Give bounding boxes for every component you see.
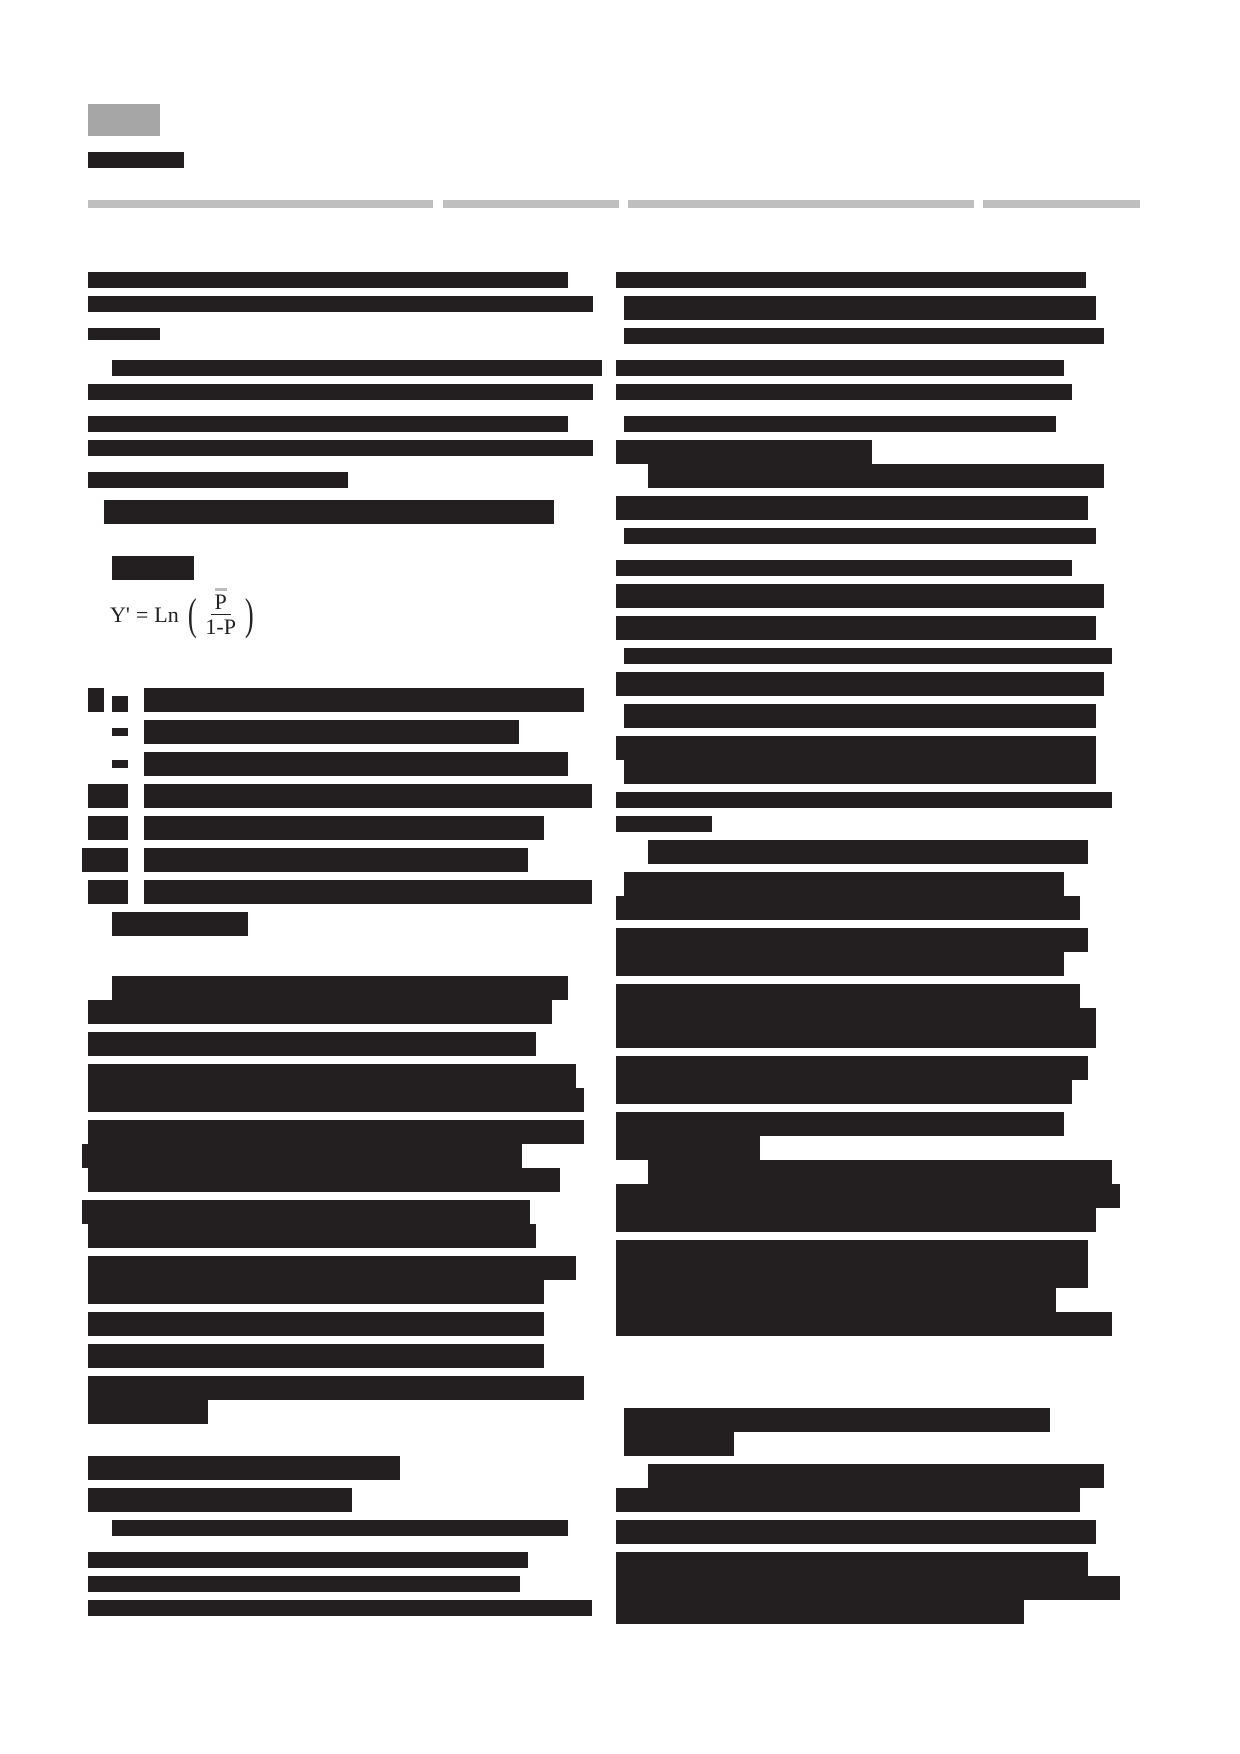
redacted-line — [624, 872, 1064, 896]
redacted-line — [616, 1136, 760, 1160]
redacted-line — [616, 360, 1064, 376]
redacted-line — [88, 440, 593, 456]
redacted-line — [616, 896, 1080, 920]
redacted-line — [112, 976, 568, 1000]
redacted-line — [88, 1376, 584, 1400]
redacted-line — [112, 1520, 568, 1536]
redacted-line — [616, 1488, 1080, 1512]
redacted-line — [616, 928, 1088, 952]
redacted-line — [88, 1400, 208, 1424]
def-text — [144, 688, 584, 712]
redacted-line — [616, 1112, 1064, 1136]
section-heading — [624, 1432, 734, 1456]
redacted-line — [616, 1576, 1120, 1600]
redacted-line — [616, 272, 1086, 288]
def-symbol — [88, 688, 104, 712]
redacted-line — [82, 1144, 522, 1168]
redacted-line — [616, 384, 1072, 400]
formula-denominator: 1-P — [205, 615, 236, 639]
def-text — [112, 912, 248, 936]
def-symbol — [88, 816, 128, 840]
redacted-line — [624, 704, 1096, 728]
formula-function: Ln — [154, 602, 178, 628]
header-rule — [628, 200, 974, 208]
redacted-line — [616, 952, 1064, 976]
def-text — [144, 784, 592, 808]
left-paren: ( — [188, 593, 197, 637]
section-heading — [88, 1488, 352, 1512]
redacted-line — [88, 272, 568, 288]
formula-numerator: P — [211, 590, 231, 615]
page-number — [88, 104, 160, 136]
def-text — [144, 720, 519, 744]
redacted-line — [88, 1312, 544, 1336]
running-title — [88, 152, 184, 168]
redacted-line — [616, 984, 1080, 1008]
redacted-line — [616, 616, 1096, 640]
def-dash — [112, 728, 128, 736]
redacted-line — [616, 1008, 1096, 1024]
header-rule — [443, 200, 619, 208]
formula-equals: = — [136, 602, 148, 628]
redacted-line — [88, 472, 348, 488]
redacted-line — [648, 1160, 1112, 1184]
redacted-line — [616, 584, 1104, 608]
def-symbol — [82, 848, 128, 872]
redacted-line — [624, 296, 1096, 320]
redacted-line — [624, 760, 1096, 784]
redacted-line — [616, 560, 1072, 576]
redacted-line — [88, 1256, 576, 1280]
redacted-line — [624, 416, 1056, 432]
redacted-line — [616, 1552, 1088, 1576]
redacted-line — [616, 1288, 1056, 1312]
redacted-line — [624, 648, 1112, 664]
redacted-line — [648, 1464, 1104, 1488]
redacted-line — [648, 840, 1088, 864]
def-symbol — [88, 880, 128, 904]
redacted-line — [616, 1080, 1072, 1104]
def-text — [144, 848, 528, 872]
redacted-line — [82, 1200, 530, 1224]
redacted-line — [616, 1520, 1096, 1544]
redacted-line — [624, 328, 1104, 344]
redacted-line — [88, 1000, 552, 1024]
redacted-line — [616, 1024, 1096, 1048]
redacted-line — [88, 1344, 544, 1368]
redacted-line — [616, 736, 1096, 760]
redacted-line — [88, 1600, 592, 1616]
redacted-line — [88, 328, 160, 340]
section-heading — [624, 1408, 1050, 1432]
redacted-line — [616, 1056, 1088, 1080]
redacted-line — [88, 1576, 520, 1592]
def-text — [144, 880, 592, 904]
header-rule — [88, 200, 433, 208]
redacted-line — [88, 416, 568, 432]
redacted-line — [616, 816, 712, 832]
def-text — [144, 816, 544, 840]
redacted-line — [624, 528, 1096, 544]
redacted-line — [648, 464, 1104, 488]
redacted-line — [112, 360, 602, 376]
def-text — [144, 752, 568, 776]
redacted-line — [616, 1264, 1088, 1288]
redacted-line — [88, 1064, 576, 1088]
def-symbol — [88, 784, 128, 808]
redacted-line — [616, 1600, 1024, 1624]
redacted-line — [88, 1120, 584, 1144]
section-heading — [88, 1456, 400, 1480]
def-dash — [112, 760, 128, 768]
redacted-line — [616, 496, 1088, 520]
right-paren: ) — [245, 593, 254, 637]
redacted-label — [112, 556, 194, 580]
redacted-line — [616, 1312, 1112, 1336]
redacted-line — [616, 672, 1104, 696]
redacted-line — [616, 1240, 1088, 1264]
header-rule — [983, 200, 1140, 208]
formula-fraction: P 1-P — [205, 590, 236, 639]
redacted-line — [88, 1088, 584, 1112]
redacted-line — [88, 1168, 560, 1192]
redacted-line — [88, 1224, 536, 1248]
redacted-line — [616, 440, 872, 464]
redacted-line — [88, 296, 593, 312]
redacted-line — [88, 1552, 528, 1568]
logit-formula: Y' = Ln ( P 1-P ) — [110, 590, 257, 639]
redacted-line — [88, 1032, 536, 1056]
formula-lhs: Y' — [110, 602, 130, 628]
redacted-line — [616, 1208, 1096, 1232]
redacted-line — [616, 1184, 1120, 1208]
def-equals — [112, 696, 128, 712]
redacted-line — [88, 384, 593, 400]
redacted-line — [616, 792, 1112, 808]
redacted-line — [88, 1280, 544, 1304]
redacted-equation — [104, 500, 554, 524]
